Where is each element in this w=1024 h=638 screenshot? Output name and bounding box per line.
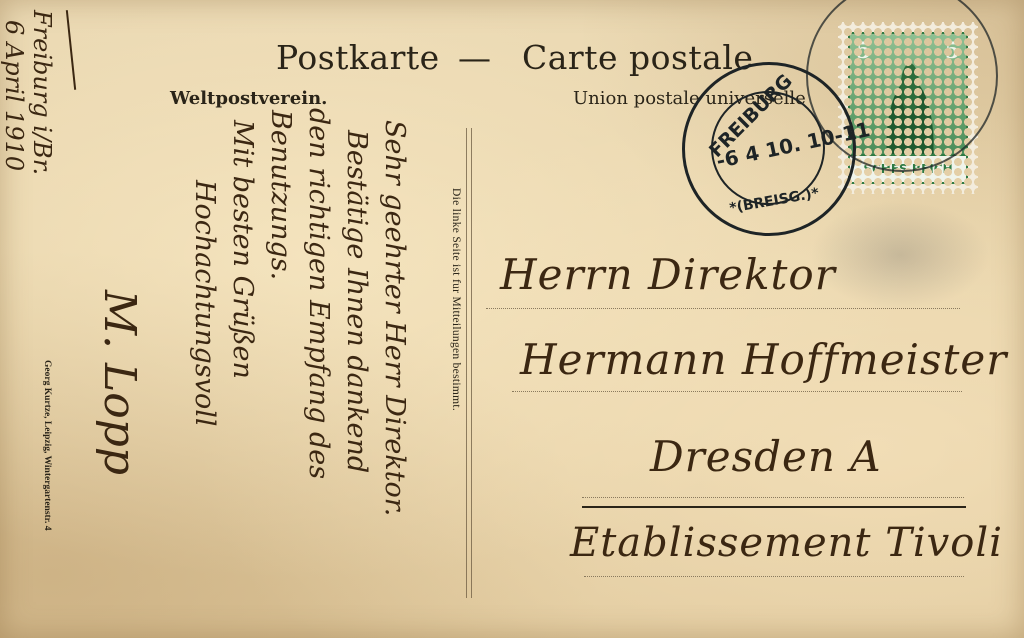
ink-smudge [810, 200, 990, 310]
message-line-5: Mit besten Grüßen [227, 120, 258, 379]
message-line-6: Hochachtungsvoll [189, 180, 220, 426]
message-line-1: Sehr geehrter Herr Direktor. [379, 120, 410, 516]
address-line-2: Hermann Hoffmeister [520, 335, 1007, 384]
message-line-3: den richtigen Empfang des [303, 108, 334, 479]
message-line-4: Benutzungs. [265, 110, 296, 280]
divider-note: Die linke Seite ist fur Mitteilungen bes… [450, 188, 462, 411]
signature: M. Lopp [94, 290, 145, 475]
address-solid-rule [582, 506, 966, 508]
place-line: Freiburg i/Br. [28, 10, 56, 175]
address-line-1: Herrn Direktor [500, 250, 836, 299]
printer-imprint: Georg Kurtze, Leipzig, Wintergartenstr. … [42, 360, 52, 531]
handwritten-stroke [66, 10, 76, 90]
address-rule-3 [582, 497, 964, 498]
title-french: Carte postale [522, 38, 753, 77]
subtitle-german: Weltpostverein. [170, 88, 327, 109]
title-dash: — [458, 38, 492, 77]
address-line-4: Etablissement Tivoli [570, 520, 1003, 566]
center-divider-line [466, 128, 472, 598]
address-rule-2 [512, 391, 962, 392]
title-german: Postkarte [276, 38, 440, 77]
postcard: Postkarte — Carte postale Weltpostverein… [0, 0, 1024, 638]
address-rule-4 [584, 576, 964, 577]
message-line-2: Bestätige Ihnen dankend [341, 130, 372, 473]
address-line-3: Dresden A [650, 432, 882, 481]
date-line: 6 April 1910 [0, 20, 28, 171]
